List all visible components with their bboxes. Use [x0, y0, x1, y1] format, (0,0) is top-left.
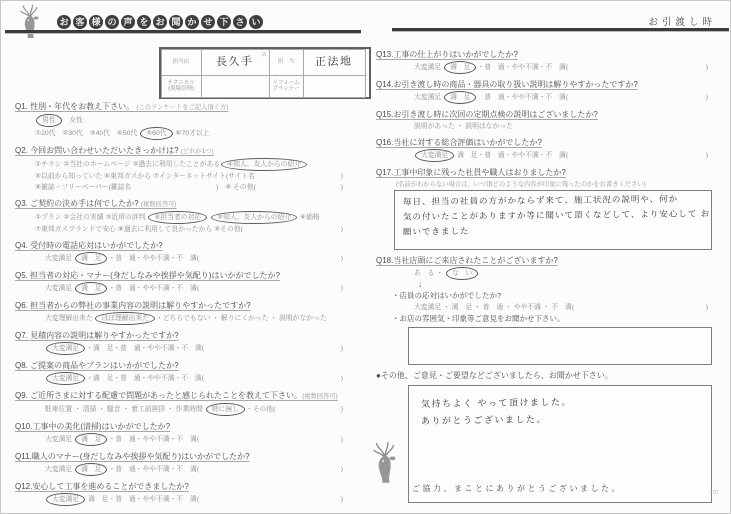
circled-answer: 男性 — [36, 114, 62, 127]
staff-technical-value — [201, 75, 270, 98]
question-q6: Q6. 担当者からの弊社の事業内容の説明は解りやすかったですか? 大変理解出来た… — [15, 300, 359, 325]
q16-satisfaction-options: 大変満足 満 足・普 通・やや不満・不 満() — [414, 149, 708, 162]
page-title: お客様の声をお聞かせ下さい — [57, 12, 265, 30]
circled-answer: 満 足 — [75, 463, 107, 476]
header-rule-left — [5, 30, 361, 34]
q3-options-line2: ⑦東邦ガスブランドで安心 ⑧過去に利用して良かったから ⑨その他() — [35, 224, 343, 235]
page-right: お引渡し時 Q13.工事の仕上がりはいかがでしたか? 大変満足 満 足・普 通・… — [366, 1, 731, 514]
q18-sub1-options: 大変満足 ・ 満 足 ・ 普 通 ・ やや不満 ・ 不 満() — [414, 302, 708, 313]
thanks-message: ご協力、まことにありがとうございました。 — [412, 483, 622, 494]
question-q9: Q9. ご近所さまに対する配慮で問題があったと感じられたことを教えて下さい。(複… — [15, 390, 359, 416]
circled-answer: 満 足 — [75, 433, 107, 446]
circled-answer: 大変満足 — [46, 372, 85, 385]
circled-answer: ⑤知人、友人からの紹介 — [211, 211, 297, 224]
page-number: 170 — [710, 490, 718, 496]
staff-person-label: 担 当 — [269, 49, 304, 76]
questions-right: Q13.工事の仕上がりはいかがでしたか? 大変満足 満 足・普 通・やや不満・不… — [376, 49, 724, 508]
circled-answer: ほぼ理解出来た — [95, 312, 155, 325]
staff-technical-label: テクニカル(現場管理) — [161, 75, 202, 98]
q15-options: 説明があった ・ 説明はなかった — [414, 121, 708, 132]
circled-answer: 大変満足 — [46, 493, 85, 506]
question-q8: Q8. ご提案の商品やプランはいかがでしたか? 大変満足・満 足・普 通・やや不… — [15, 360, 359, 385]
q5-satisfaction-options: 大変満足 満 足・普 通・やや不満・不 満() — [45, 282, 343, 295]
q18-sub1-title: ・店員の応対はいかがでしたか? — [392, 290, 724, 302]
q18-sub2-title: ・お店の雰囲気・印象等ご意見をお聞かせ下さい。 — [392, 313, 724, 325]
staff-table: 担当店 長久手 店 担 当 正法地 テクニカル(現場管理) リフォームプランナー — [159, 47, 371, 99]
question-q1: Q1. 性別・年代をお教え下さい。 (このアンケートをご記入頂く方) 男性 女性… — [15, 101, 359, 140]
q2-options-line3: ⑧雑誌・フリーペーパー(雑誌名) ⑨ その他() — [35, 182, 343, 193]
handwritten-person-name: 正法地 — [315, 58, 353, 65]
staff-person-value: 正法地 — [303, 49, 366, 76]
header-rule-right — [392, 28, 729, 32]
page-left: お客様の声をお聞かせ下さい 担当店 長久手 店 担 当 正法地 テクニカル(現場… — [1, 1, 366, 514]
q14-satisfaction-options: 大変満足 満 足 普 通・やや不満・不 満() — [414, 91, 708, 104]
circled-answer: 満 足 — [444, 91, 476, 104]
question-q7: Q7. 見積内容の説明は解りやすかったですか? 大変満足・満 足・普 通・やや不… — [15, 330, 359, 355]
q9-options: 駐車位置 ・ 清掃 ・ 騒音 ・ 着工前挨拶 ・ 作業時間 特に無し・その他() — [45, 403, 343, 416]
handwritten-comment-line: 願いできました — [403, 221, 703, 239]
question-q2: Q2. 今回お問い合わせいただいたきっかけは? (どれか1つ) ①チラシ ②当社… — [15, 145, 359, 193]
q3-options-line1: ①プラン ②会社の実績 ③近所の評判 ④担当者の対応 ⑤知人、友人からの紹介 ⑥… — [35, 211, 343, 224]
circled-answer: 満 足 — [444, 61, 476, 74]
arrow-down-icon: ↓ — [418, 280, 724, 290]
q10-satisfaction-options: 大変満足 満 足・普 通・やや不満・不 満() — [45, 433, 343, 446]
staff-planner-label: リフォームプランナー — [269, 75, 304, 98]
q6-options: 大変理解出来た ほぼ理解出来た・どちらでもない ・ 解りにくかった ・ 説明がな… — [45, 312, 343, 325]
question-q13: Q13.工事の仕上がりはいかがでしたか? 大変満足 満 足・普 通・やや不満・不… — [376, 49, 724, 74]
circled-answer: 満 足 — [75, 252, 107, 265]
question-q18: Q18.当社店頭にご来店されたことがございますか? あ る ・ な い ↓ ・店… — [376, 255, 724, 365]
staff-store-value: 長久手 店 — [201, 49, 270, 76]
q17-note: (名前がわからない場合は、いつ頃どのような内容が印象に残ったのかをお書きください… — [396, 179, 708, 190]
question-q4: Q4. 受付時の電話応対はいかがでしたか? 大変満足 満 足・普 通・やや不満・… — [15, 240, 359, 265]
staff-planner-value — [303, 75, 366, 98]
question-q14: Q14.お引き渡し時の商品・器具の取り扱い説明は解りやすかったですか? 大変満足… — [376, 79, 724, 104]
q17-comment-box: 毎日、担当の社員の方がかならず来て、施工状況の説明や、何か 気の付いたことがあり… — [394, 190, 712, 250]
q2-options-line2: ⑤以前から知っていた ⑥東邦ガスから ⑦インターネットサイト(サイト名) — [35, 171, 343, 182]
handwritten-comment-line: ありがとうございました。 — [421, 409, 699, 430]
q18-options: あ る ・ な い — [414, 267, 708, 280]
deer-logo-icon — [368, 437, 402, 487]
q12-satisfaction-options: 大変満足 満 足・普 通・やや不満・不 満() — [45, 493, 343, 506]
handwritten-store-name: 長久手 — [216, 58, 254, 65]
q1-gender-options: 男性 女性 — [35, 114, 343, 127]
question-q17: Q17.工事中印象に残った社員や職人はおりましたか? (名前がわからない場合は、… — [376, 167, 724, 250]
scanned-survey-sheet: お客様の声をお聞かせ下さい 担当店 長久手 店 担 当 正法地 テクニカル(現場… — [0, 0, 731, 514]
circled-answer: ④知人、友人からの紹介 — [221, 158, 307, 171]
circled-answer: ⑤60代 — [140, 127, 172, 140]
question-q10: Q10.工事中の美化(清掃)はいかがでしたか? 大変満足 満 足・普 通・やや不… — [15, 421, 359, 446]
question-q11: Q11.職人のマナー(身だしなみや挨拶や気配り)はいかがでしたか? 大変満足 満… — [15, 451, 359, 476]
staff-store-suffix: 店 — [261, 52, 266, 59]
questions-left: Q1. 性別・年代をお教え下さい。 (このアンケートをご記入頂く方) 男性 女性… — [15, 101, 359, 511]
q11-satisfaction-options: 大変満足 満 足・普 通・やや不満・不 満() — [45, 463, 343, 476]
circled-answer: ④担当者の対応 — [148, 211, 207, 224]
circled-answer: 特に無し — [206, 403, 245, 416]
q7-satisfaction-options: 大変満足・満 足・普 通・やや不満・不 満() — [45, 342, 343, 355]
question-q16: Q16.当社に対する総合評価はいかがでしたか? 大変満足 満 足・普 通・やや不… — [376, 137, 724, 162]
question-q15: Q15.お引き渡し時に次回の定期点検の説明はございましたか? 説明があった ・ … — [376, 109, 724, 132]
other-comments-title: ●その他、ご意見・ご要望などございましたら、お聞かせ下さい。 — [376, 370, 724, 382]
q13-satisfaction-options: 大変満足 満 足・普 通・やや不満・不 満() — [414, 61, 708, 74]
q2-options-line1: ①チラシ ②当社のホームページ ③過去に利用したことがある④知人、友人からの紹介 — [35, 158, 343, 171]
circled-answer: 大変満足 — [46, 342, 85, 355]
q8-satisfaction-options: 大変満足・満 足・普 通・やや不満・不 満() — [45, 372, 343, 385]
section-header-handover: お引渡し時 — [648, 14, 716, 28]
staff-store-label: 担当店 — [161, 49, 202, 76]
circled-answer: 満 足 — [75, 282, 107, 295]
q4-satisfaction-options: 大変満足 満 足・普 通・やや不満・不 満() — [45, 252, 343, 265]
circled-answer: 大変満足 — [415, 149, 454, 162]
question-q5: Q5. 担当者の対応・マナー(身だしなみや挨拶や気配り)はいかがでしたか? 大変… — [15, 270, 359, 295]
q1-age-options: ①20代 ②30代 ③40代 ④50代 ⑤60代 ⑥70才以上 — [35, 127, 343, 140]
q18-shop-comment-box — [408, 327, 712, 365]
question-q12: Q12.安心して工事を進めることができましたか? 大変満足 満 足・普 通・やや… — [15, 481, 359, 506]
question-q3: Q3. ご契約の決め手は何でしたか? (複数回答可) ①プラン ②会社の実績 ③… — [15, 198, 359, 235]
circled-answer: な い — [446, 267, 478, 280]
